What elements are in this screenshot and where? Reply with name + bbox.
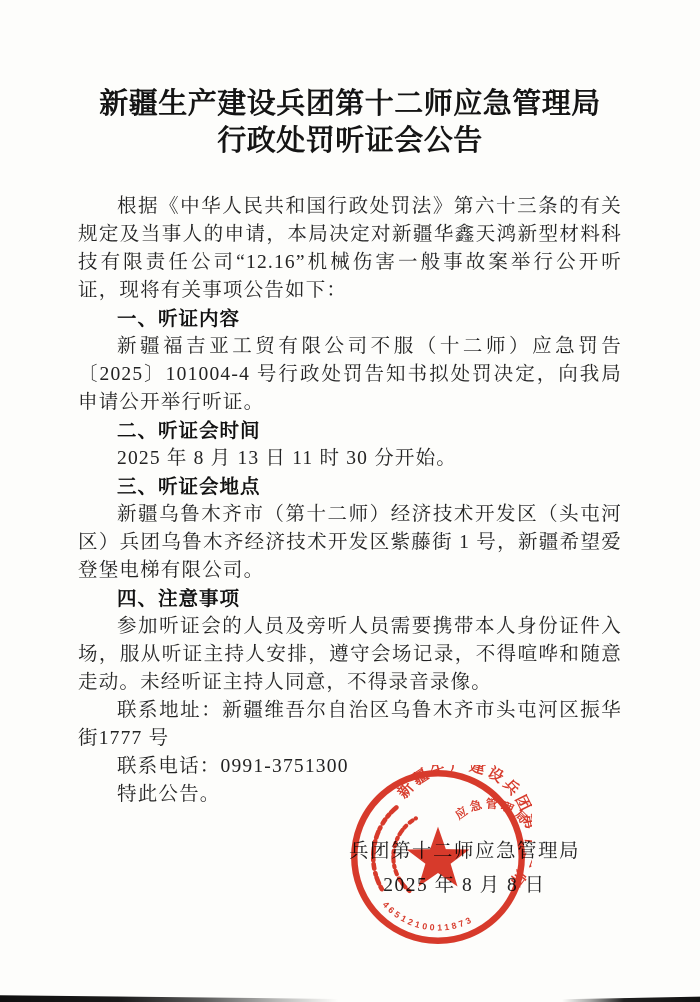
seal-code: 4651210011873 [381,899,476,932]
signature-block: 兵团第十二师应急管理局 2025 年 8 月 8 日 [349,835,580,903]
scan-artifact-bottom-right [562,996,700,1002]
section-3-heading: 三、听证会地点 [78,473,622,501]
document-body: 根据《中华人民共和国行政处罚法》第六十三条的有关规定及当事人的申请，本局决定对新… [78,193,622,809]
issue-date: 2025 年 8 月 8 日 [349,869,580,903]
section-2-body: 2025 年 8 月 13 日 11 时 30 分开始。 [78,445,622,473]
document-title: 新疆生产建设兵团第十二师应急管理局 行政处罚听证会公告 [78,86,622,160]
section-1-heading: 一、听证内容 [78,305,622,333]
intro-paragraph: 根据《中华人民共和国行政处罚法》第六十三条的有关规定及当事人的申请，本局决定对新… [78,193,622,305]
scanned-notice-page: 新疆生产建设兵团第十二师应急管理局 行政处罚听证会公告 根据《中华人民共和国行政… [0,0,700,1002]
title-line-2: 行政处罚听证会公告 [78,123,622,160]
title-line-1: 新疆生产建设兵团第十二师应急管理局 [78,86,622,123]
svg-text:4651210011873: 4651210011873 [381,899,476,932]
closing-line: 特此公告。 [78,781,622,809]
section-2-heading: 二、听证会时间 [78,417,622,445]
section-4-heading: 四、注意事项 [78,585,622,613]
section-3-body: 新疆乌鲁木齐市（第十二师）经济技术开发区（头屯河区）兵团乌鲁木齐经济技术开发区紫… [78,501,622,585]
issuing-authority: 兵团第十二师应急管理局 [349,835,580,869]
scan-artifact-bottom-left [0,994,338,1002]
contact-phone: 联系电话：0991-3751300 [78,753,622,781]
document-content: 新疆生产建设兵团第十二师应急管理局 行政处罚听证会公告 根据《中华人民共和国行政… [0,0,700,903]
contact-address: 联系地址：新疆维吾尔自治区乌鲁木齐市头屯河区振华街1777 号 [78,697,622,753]
section-4-body: 参加听证会的人员及旁听人员需要携带本人身份证件入场，服从听证主持人安排，遵守会场… [78,613,622,697]
section-1-body: 新疆福吉亚工贸有限公司不服（十二师）应急罚告〔2025〕101004-4 号行政… [78,333,622,417]
